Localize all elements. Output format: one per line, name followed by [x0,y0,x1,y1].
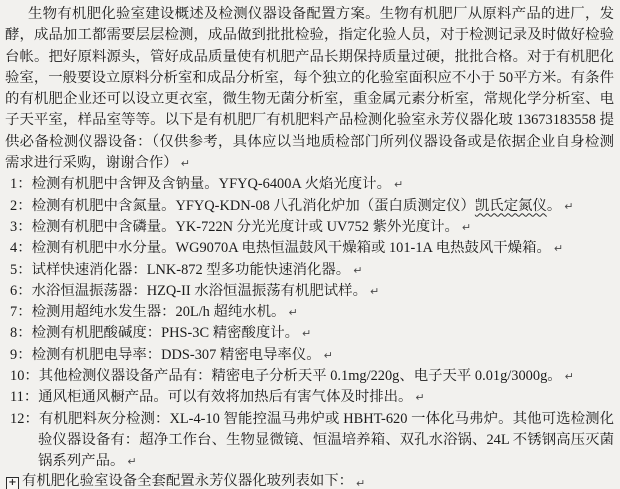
item-number: 12： [10,411,39,427]
item-text: 通风柜通风橱产品。可以有效将加热后有害气体及时排出。 [38,389,412,405]
paragraph-mark-icon: ↵ [181,157,190,170]
paragraph-mark-icon: ↵ [356,473,365,489]
list-item-8: 8：检测有机肥酸碱度：PHS-3C 精密酸度计。↵ [10,323,614,344]
list-item-12: 12：有机肥料灰分检测：XL-4-10 智能控温马弗炉或 HBHT-620 一体… [10,409,614,473]
item-text: 检测有机肥中含磷量。YK-722N 分光光度计或 UV752 紫外光度计。 [32,219,459,235]
paragraph-mark-icon: ↵ [462,221,471,234]
item-number: 9： [10,347,32,363]
item-number: 3： [10,219,32,235]
paragraph-mark-icon: ↵ [554,242,563,255]
table-anchor-icon[interactable]: + [6,477,19,489]
item-number: 2： [10,198,32,214]
item-text: 检测有机肥中含钾及含钠量。YFYQ-6400A 火焰光度计。 [32,176,391,192]
list-item-4: 4：检测有机肥中水分量。WG9070A 电热恒温鼓风干燥箱或 101-1A 电热… [10,238,614,259]
list-item-5: 5：试样快速消化器：LNK-872 型多功能快速消化器。↵ [10,260,614,281]
item-number: 4： [10,240,32,256]
list-item-11: 11：通风柜通风橱产品。可以有效将加热后有害气体及时排出。↵ [10,387,614,408]
item-text: 检测用超纯水发生器：20L/h 超纯水机。 [32,304,286,320]
list-item-9: 9：检测有机肥电导率：DDS-307 精密电导率仪。↵ [10,345,614,366]
item-text: 检测有机肥电导率：DDS-307 精密电导率仪。 [32,347,321,363]
item-text: 有机肥料灰分检测：XL-4-10 智能控温马弗炉或 HBHT-620 一体化马弗… [38,411,614,470]
paragraph-mark-icon: ↵ [127,455,136,468]
list-item-1: 1：检测有机肥中含钾及含钠量。YFYQ-6400A 火焰光度计。↵ [10,174,614,195]
item-number: 1： [10,176,32,192]
item-text-post: 。 [547,198,561,214]
paragraph-mark-icon: ↵ [415,391,424,404]
intro-text: 生物有机肥化验室建设概述及检测仪器设备配置方案。生物有机肥厂从原料产品的进厂，发… [5,6,614,171]
item-number: 10： [10,368,39,384]
intro-paragraph: 生物有机肥化验室建设概述及检测仪器设备配置方案。生物有机肥厂从原料产品的进厂，发… [5,4,614,174]
paragraph-mark-icon: ↵ [564,200,573,213]
item-number: 7： [10,304,32,320]
paragraph-mark-icon: ↵ [370,285,379,298]
list-item-7: 7：检测用超纯水发生器：20L/h 超纯水机。↵ [10,302,614,323]
item-number: 5： [10,262,32,278]
document-page: 生物有机肥化验室建设概述及检测仪器设备配置方案。生物有机肥厂从原料产品的进厂，发… [0,0,620,489]
item-text: 检测有机肥中水分量。WG9070A 电热恒温鼓风干燥箱或 101-1A 电热鼓风… [32,240,551,256]
paragraph-mark-icon: ↵ [288,306,297,319]
paragraph-mark-icon: ↵ [353,264,362,277]
item-text: 检测有机肥酸碱度：PHS-3C 精密酸度计。 [32,325,299,341]
paragraph-mark-icon: ↵ [324,349,333,362]
item-number: 11： [10,389,38,405]
list-item-10: 10：其他检测仪器设备产品有：精密电子分析天平 0.1mg/220g、电子天平 … [10,366,614,387]
kjeldahl-underlined-text: 凯氏定氮仪 [475,198,547,214]
list-item-3: 3：检测有机肥中含磷量。YK-722N 分光光度计或 UV752 紫外光度计。↵ [10,217,614,238]
list-item-6: 6：水浴恒温振荡器：HZQ-II 水浴恒温振荡有机肥试样。↵ [10,281,614,302]
item-text: 水浴恒温振荡器：HZQ-II 水浴恒温振荡有机肥试样。 [32,283,367,299]
item-number: 6： [10,283,32,299]
table-caption: 有机肥化验室设备全套配置永芳仪器化玻列表如下： [22,471,353,489]
paragraph-mark-icon: ↵ [302,327,311,340]
list-item-2: 2：检测有机肥中含氮量。YFYQ-KDN-08 八孔消化炉加（蛋白质测定仪）凯氏… [10,196,614,217]
item-text: 检测有机肥中含氮量。YFYQ-KDN-08 八孔消化炉加（蛋白质测定仪） [32,198,475,214]
item-text: 试样快速消化器：LNK-872 型多功能快速消化器。 [32,262,351,278]
paragraph-mark-icon: ↵ [565,370,574,383]
item-number: 8： [10,325,32,341]
paragraph-mark-icon: ↵ [394,178,403,191]
item-text: 其他检测仪器设备产品有：精密电子分析天平 0.1mg/220g、电子天平 0.0… [39,368,562,384]
table-caption-row: + 有机肥化验室设备全套配置永芳仪器化玻列表如下： ↵ [6,473,614,489]
